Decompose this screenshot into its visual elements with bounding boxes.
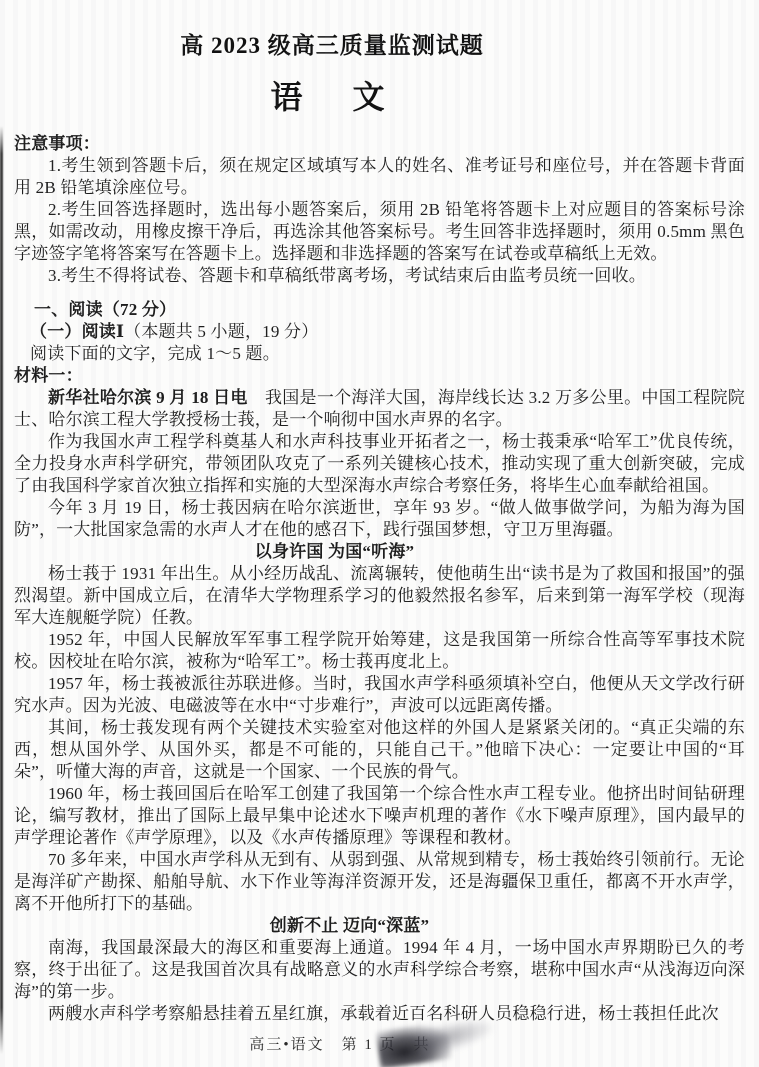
subsection-title: （一）阅读Ⅰ（本题共 5 小题，19 分） bbox=[14, 321, 745, 343]
dateline: 新华社哈尔滨 9 月 18 日电 bbox=[48, 388, 265, 407]
material-paragraph: 新华社哈尔滨 9 月 18 日电 我国是一个海洋大国，海岸线长达 3.2 万多公… bbox=[14, 387, 745, 431]
material-text: 新华社哈尔滨 9 月 18 日电 我国是一个海洋大国，海岸线长达 3.2 万多公… bbox=[14, 387, 745, 1025]
notice-heading: 注意事项： bbox=[14, 133, 745, 155]
subsection-title-detail: （本题共 5 小题，19 分） bbox=[124, 322, 318, 341]
scan-edge-line bbox=[0, 126, 3, 1054]
material-paragraph: 南海，我国最深最大的海区和重要海上通道。1994 年 4 月，一场中国水声界期盼… bbox=[14, 937, 745, 1003]
material-paragraph: 1957 年，杨士莪被派往苏联进修。当时，我国水声学科亟须填补空白，他便从天文学… bbox=[14, 673, 745, 717]
page-footer: 高三•语文 第 1 页 共 bbox=[0, 1033, 680, 1054]
subject-title: 语 文 bbox=[0, 72, 664, 118]
reading-instruction: 阅读下面的文字，完成 1～5 题。 bbox=[14, 343, 745, 365]
material-label: 材料一： bbox=[14, 365, 745, 387]
notice-item: 3.考生不得将试卷、答题卡和草稿纸带离考场，考试结束后由监考员统一回收。 bbox=[14, 265, 745, 287]
material-paragraph: 其间，杨士莪发现有两个关键技术实验室对他这样的外国人是紧紧关闭的。“真正尖端的东… bbox=[14, 717, 745, 783]
section-title: 一、阅读（72 分） bbox=[14, 299, 745, 321]
material-paragraph: 1952 年，中国人民解放军军事工程学院开始筹建，这是我国第一所综合性高等军事技… bbox=[14, 629, 745, 673]
material-paragraph: 70 多年来，中国水声学科从无到有、从弱到强、从常规到精专，杨士莪始终引领前行。… bbox=[14, 849, 745, 915]
material-paragraph: 1960 年，杨士莪回国后在哈军工创建了我国第一个综合性水声工程专业。他挤出时间… bbox=[14, 783, 745, 849]
material-paragraph: 两艘水声科学考察船悬挂着五星红旗，承载着近百名科研人员稳稳行进，杨士莪担任此次 bbox=[14, 1003, 745, 1025]
notice-item: 2.考生回答选择题时，选出每小题答案后，须用 2B 铅笔将答题卡上对应题目的答案… bbox=[14, 199, 745, 265]
material-paragraph: 作为我国水声工程学科奠基人和水声科技事业开拓者之一，杨士莪秉承“哈军工”优良传统… bbox=[14, 431, 745, 497]
page-body: 注意事项： 1.考生领到答题卡后，须在规定区域填写本人的姓名、准考证号和座位号，… bbox=[0, 118, 759, 1025]
material-subheading: 以身许国 为国“听海” bbox=[0, 541, 700, 563]
material-paragraph: 今年 3 月 19 日，杨士莪因病在哈尔滨逝世，享年 93 岁。“做人做事做学问… bbox=[14, 497, 745, 541]
subsection-title-number: （一）阅读Ⅰ bbox=[30, 322, 124, 341]
exam-paper-page: 高 2023 级高三质量监测试题 语 文 注意事项： 1.考生领到答题卡后，须在… bbox=[0, 0, 759, 1067]
notice-item: 1.考生领到答题卡后，须在规定区域填写本人的姓名、准考证号和座位号，并在答题卡背… bbox=[14, 155, 745, 199]
material-subheading: 创新不止 迈向“深蓝” bbox=[0, 915, 715, 937]
exam-title: 高 2023 级高三质量监测试题 bbox=[0, 27, 664, 60]
material-paragraph: 杨士莪于 1931 年出生。从小经历战乱、流离辗转，使他萌生出“读书是为了救国和… bbox=[14, 563, 745, 629]
title-block: 高 2023 级高三质量监测试题 语 文 bbox=[0, 27, 664, 118]
